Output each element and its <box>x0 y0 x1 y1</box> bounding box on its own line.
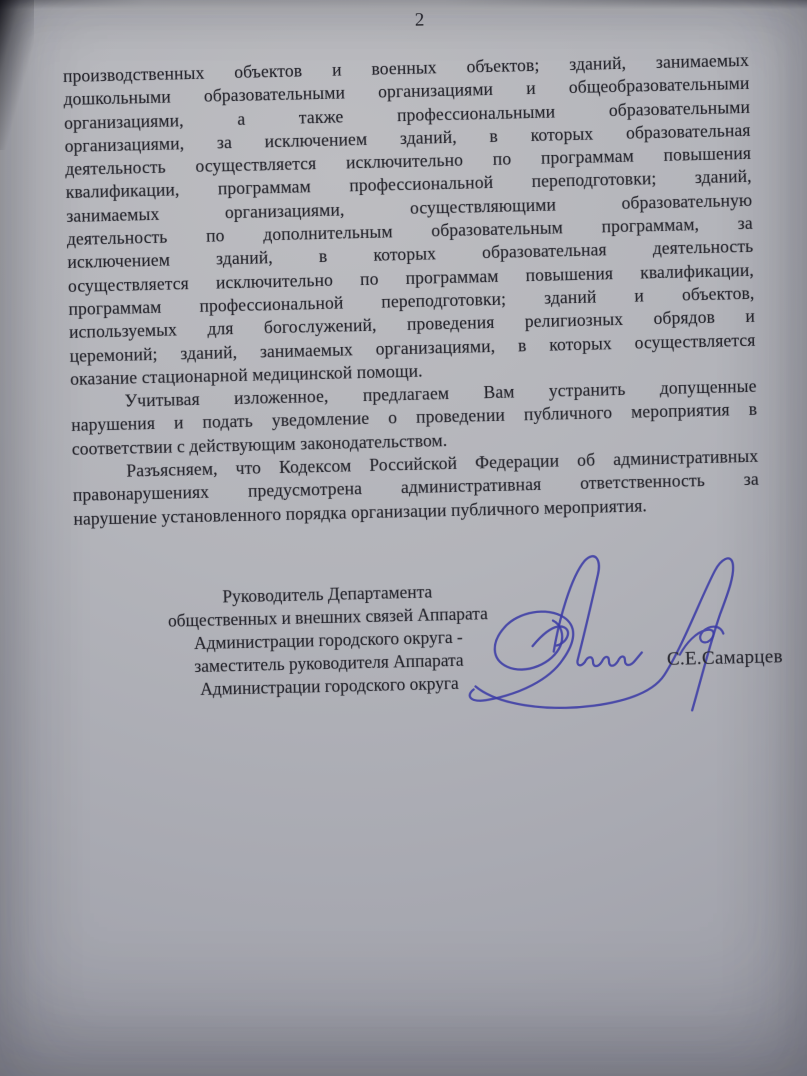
signer-name: С.Е.Самарцев <box>667 646 783 671</box>
photo-dark-corner <box>0 0 34 150</box>
scanned-letter-page: 2 производственных объектов и военных об… <box>0 0 807 1076</box>
letter-body: производственных объектов и военных объе… <box>63 49 760 531</box>
signature-section: Руководитель Департамента общественных и… <box>75 573 765 779</box>
signature-ink-icon <box>458 548 784 731</box>
page-number: 2 <box>62 0 748 42</box>
document-content: 2 производственных объектов и военных об… <box>62 0 766 779</box>
handwritten-signature: С.Е.Самарцев <box>458 548 784 731</box>
